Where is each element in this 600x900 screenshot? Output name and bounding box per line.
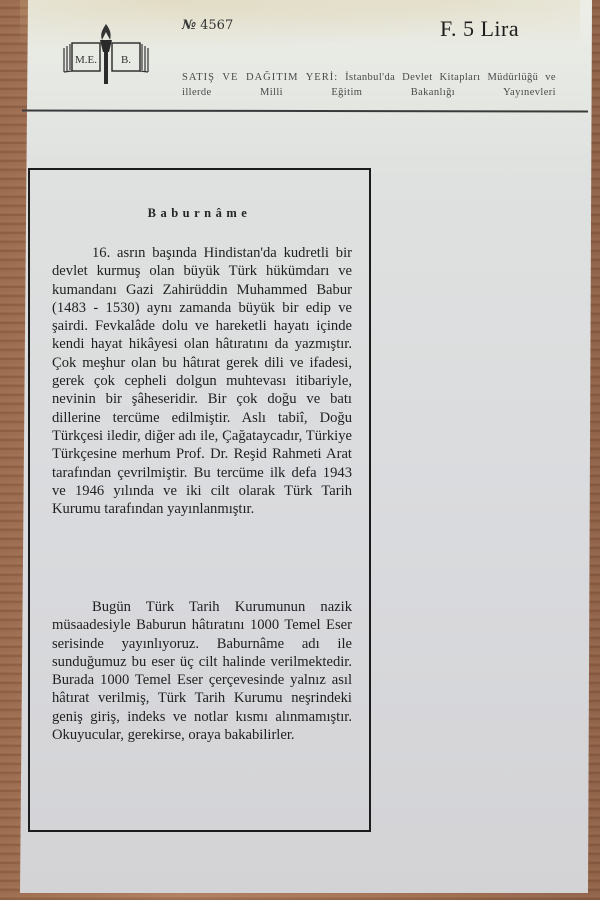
description-paragraph-1: 16. asrın başında Hindistan'da kudretli … — [52, 244, 352, 518]
book-title: Baburnâme — [30, 206, 369, 221]
paragraph-text: 16. asrın başında Hindistan'da kudretli … — [52, 244, 352, 518]
distribution-info: SATIŞ VE DAĞITIM YERİ: İstanbul'da Devle… — [182, 70, 556, 100]
description-box: Baburnâme 16. asrın başında Hindistan'da… — [28, 168, 371, 832]
svg-text:B.: B. — [121, 54, 131, 66]
numero-sign: № — [182, 18, 196, 33]
paragraph-text: Bugün Türk Tarih Kurumunun nazik müsaade… — [52, 598, 352, 744]
serial-value: 4567 — [200, 18, 233, 33]
distribution-label: SATIŞ VE DAĞITIM YERİ: — [182, 72, 338, 83]
description-paragraph-2: Bugün Türk Tarih Kurumunun nazik müsaade… — [52, 598, 352, 744]
serial-number: №4567 — [182, 18, 233, 33]
torch-book-icon: M.E. B. — [60, 18, 152, 88]
svg-text:M.E.: M.E. — [75, 54, 97, 66]
price-label: F. 5 Lira — [440, 16, 519, 42]
meb-logo: M.E. B. — [60, 18, 152, 88]
